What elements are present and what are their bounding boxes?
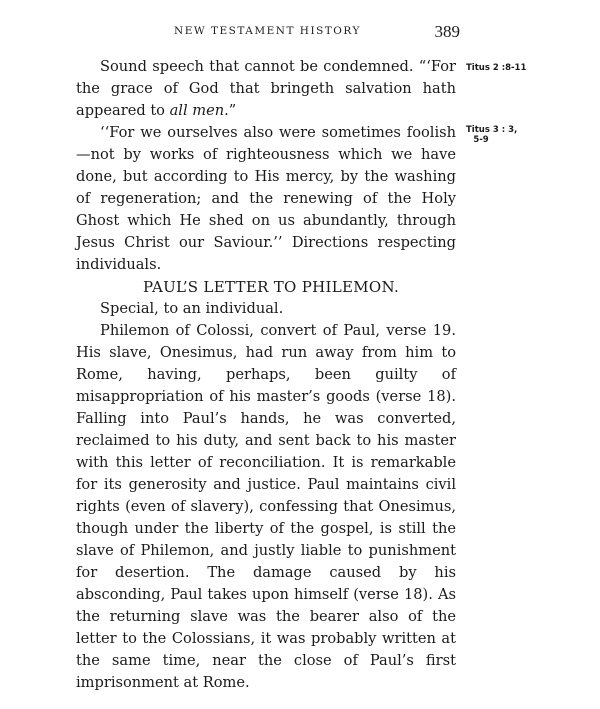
paragraph-text: ” [229,102,236,119]
running-title: NEW TESTAMENT HISTORY [174,25,361,37]
italic-emphasis: all men. [170,102,229,119]
margin-note-titus-3: Titus 3 : 3, 5-9 [466,125,517,145]
paragraph-titus-quote: ‘‘For we ourselves also were sometimes f… [76,122,456,276]
paragraph-special: Special, to an individual. [76,298,456,320]
paragraph-philemon: Philemon of Colossi, convert of Paul, ve… [76,320,456,694]
section-heading: PAUL’S LETTER TO PHILEMON. [76,276,456,298]
margin-note-text: Titus 3 : 3, [466,125,517,135]
page-number: 389 [435,22,461,42]
margin-note-titus-2: Titus 2 :8-11 [466,63,526,73]
margin-note-continuation: 5-9 [466,135,496,145]
running-head: NEW TESTAMENT HISTORY 389 [170,22,460,42]
body-text: Sound speech that cannot be condemned. “… [76,56,456,694]
paragraph-sound-speech: Sound speech that cannot be condemned. “… [76,56,456,122]
margin-note-text: Titus 2 :8-11 [466,63,526,73]
paragraph-text: Sound speech that cannot be condemned. “… [76,58,456,119]
book-page: NEW TESTAMENT HISTORY 389 Titus 2 :8-11 … [0,0,600,709]
